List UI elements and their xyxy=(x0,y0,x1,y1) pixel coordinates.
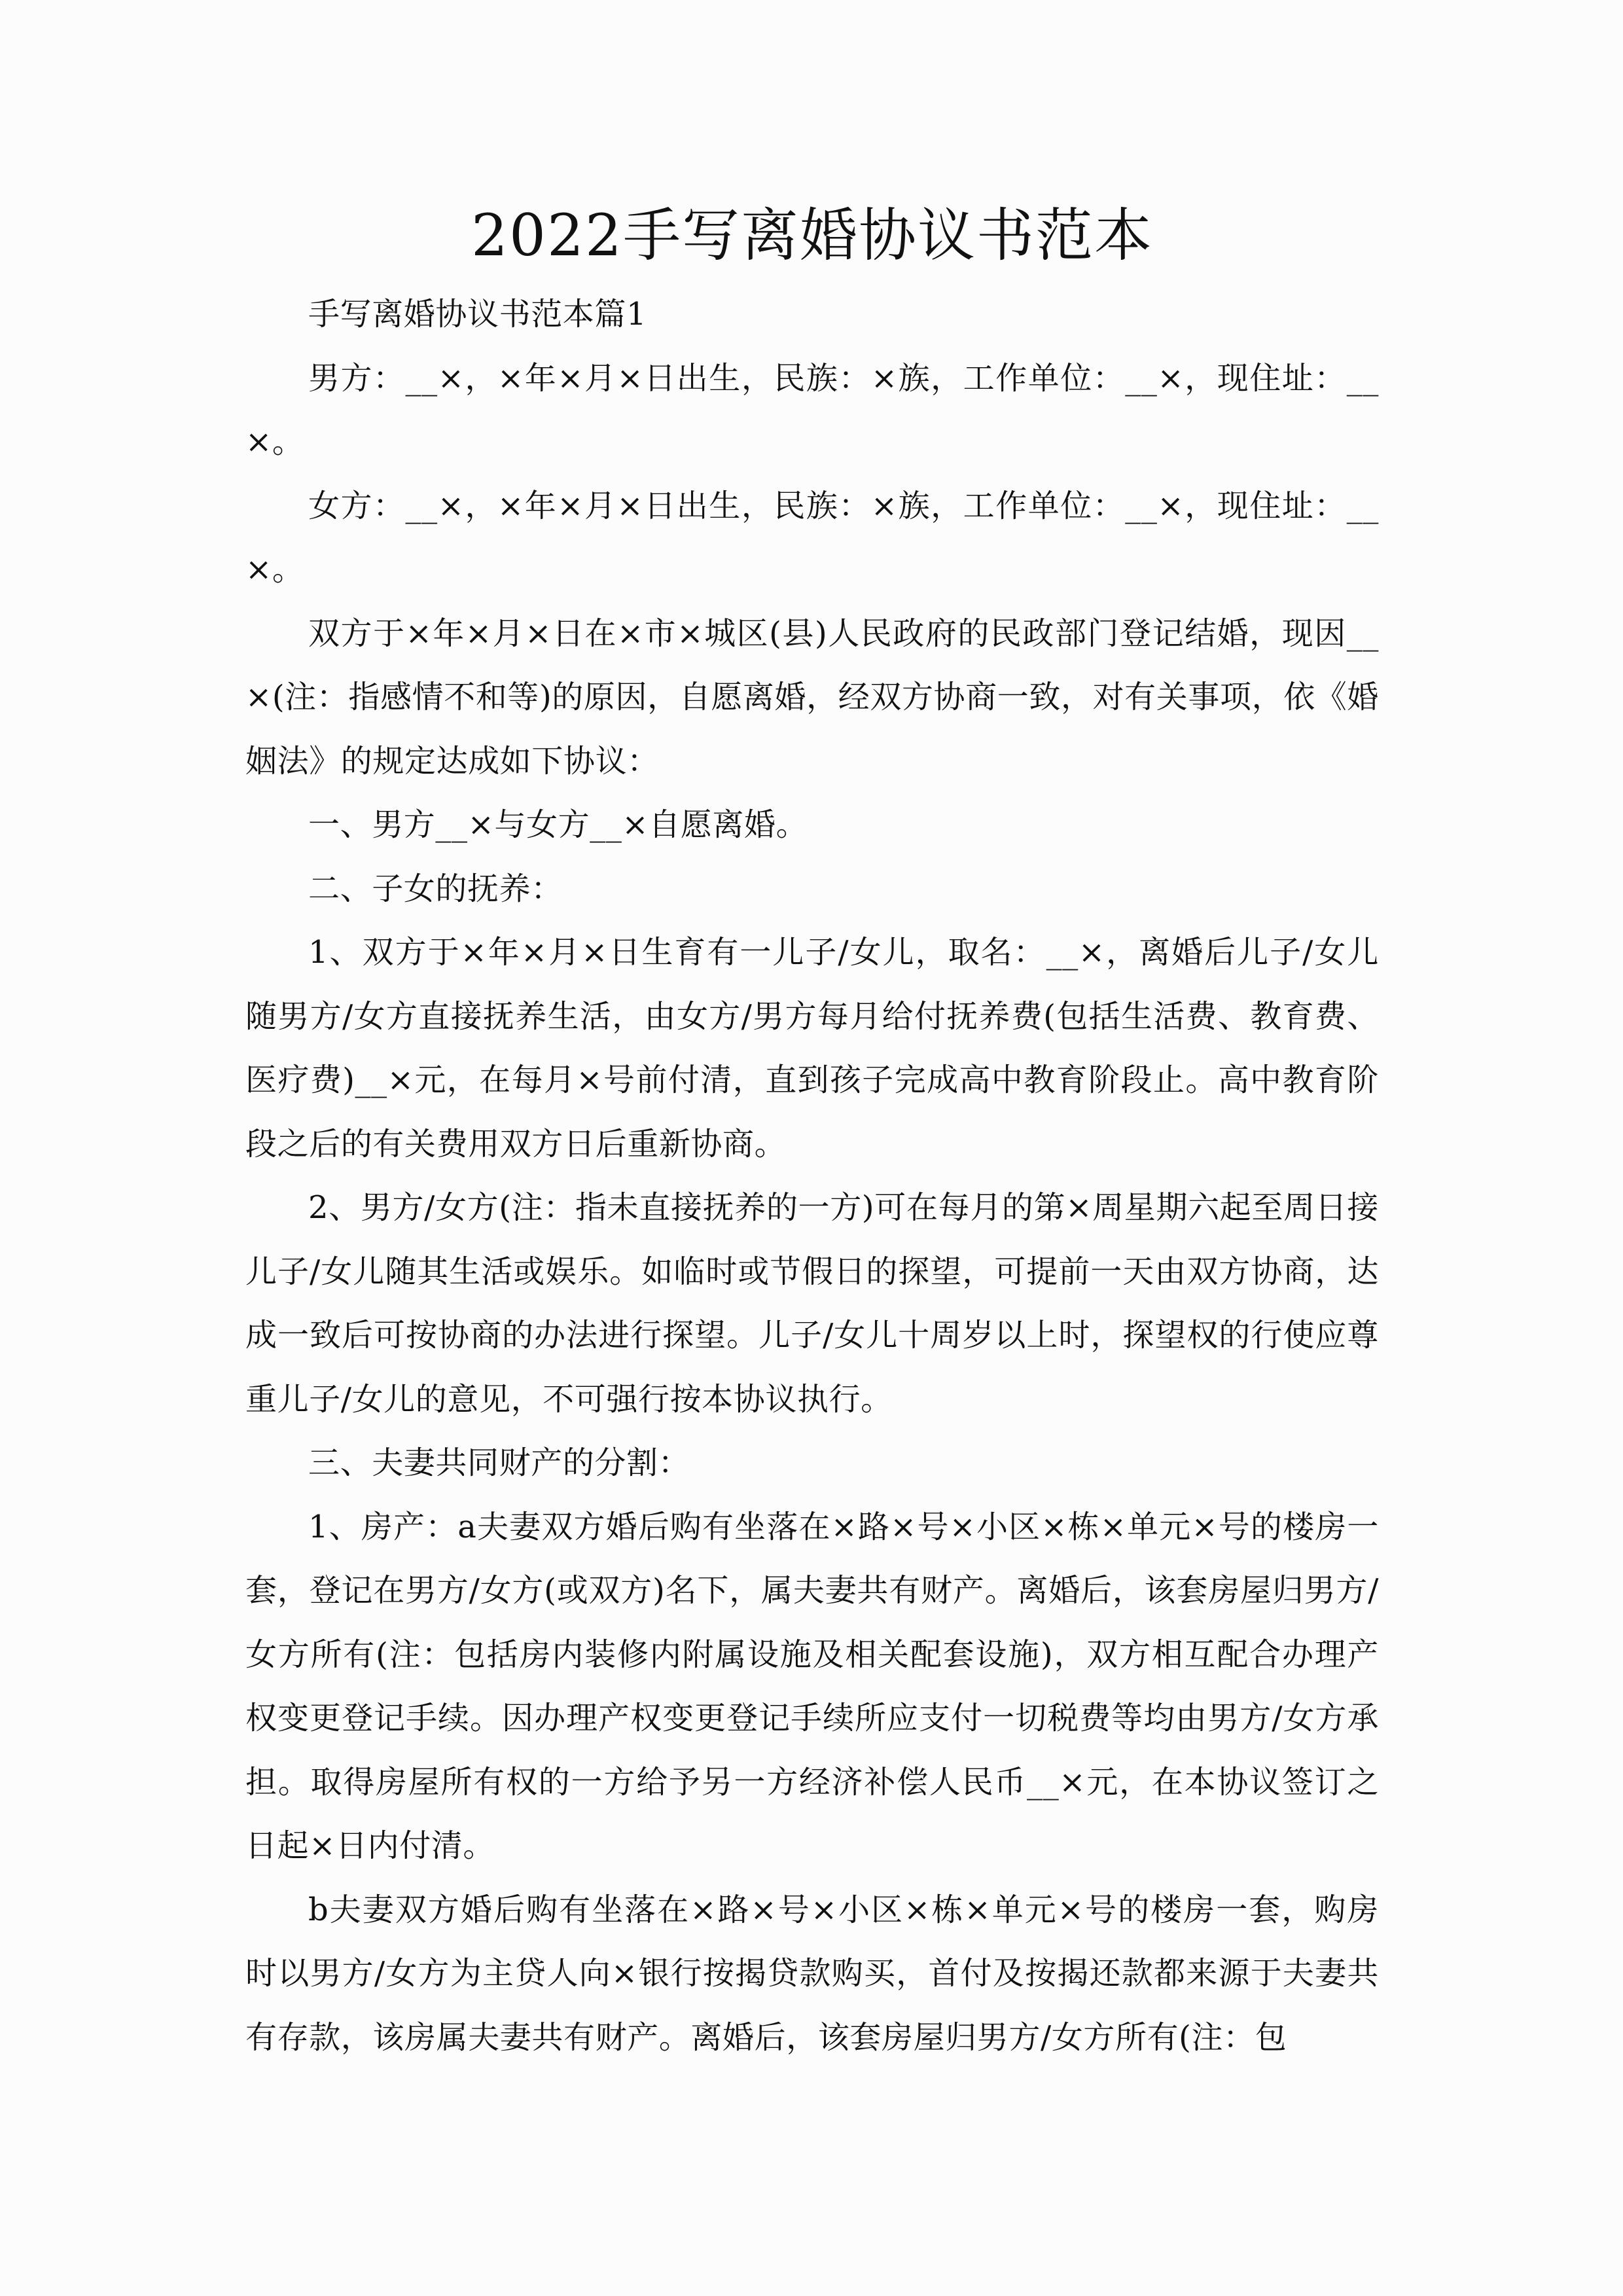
clause-3-1b-mortgaged-property: b夫妻双方婚后购有坐落在×路×号×小区×栋×单元×号的楼房一套，购房时以男方/女… xyxy=(245,1878,1379,2070)
clause-3-1a-real-estate: 1、房产：a夫妻双方婚后购有坐落在×路×号×小区×栋×单元×号的楼房一套，登记在… xyxy=(245,1496,1379,1878)
clause-1-divorce-consent: 一、男方__×与女方__×自愿离婚。 xyxy=(245,793,1379,857)
section-heading-version-1: 手写离婚协议书范本篇1 xyxy=(245,283,1379,347)
clause-2-1-child-support: 1、双方于×年×月×日生育有一儿子/女儿，取名：__×，离婚后儿子/女儿随男方/… xyxy=(245,921,1379,1176)
clause-2-heading-child-custody: 二、子女的抚养： xyxy=(245,857,1379,922)
paragraph-wife-info: 女方：__×，×年×月×日出生，民族：×族，工作单位：__×，现住址：__×。 xyxy=(245,475,1379,602)
clause-3-heading-property-division: 三、夫妻共同财产的分割： xyxy=(245,1431,1379,1496)
clause-2-2-visitation: 2、男方/女方(注：指未直接抚养的一方)可在每月的第×周星期六起至周日接儿子/女… xyxy=(245,1176,1379,1431)
paragraph-husband-info: 男方：__×，×年×月×日出生，民族：×族，工作单位：__×，现住址：__×。 xyxy=(245,347,1379,475)
document-body: 手写离婚协议书范本篇1 男方：__×，×年×月×日出生，民族：×族，工作单位：_… xyxy=(245,283,1379,2070)
paragraph-marriage-background: 双方于×年×月×日在×市×城区(县)人民政府的民政部门登记结婚，现因__×(注：… xyxy=(245,602,1379,794)
document-title: 2022手写离婚协议书范本 xyxy=(245,196,1379,275)
